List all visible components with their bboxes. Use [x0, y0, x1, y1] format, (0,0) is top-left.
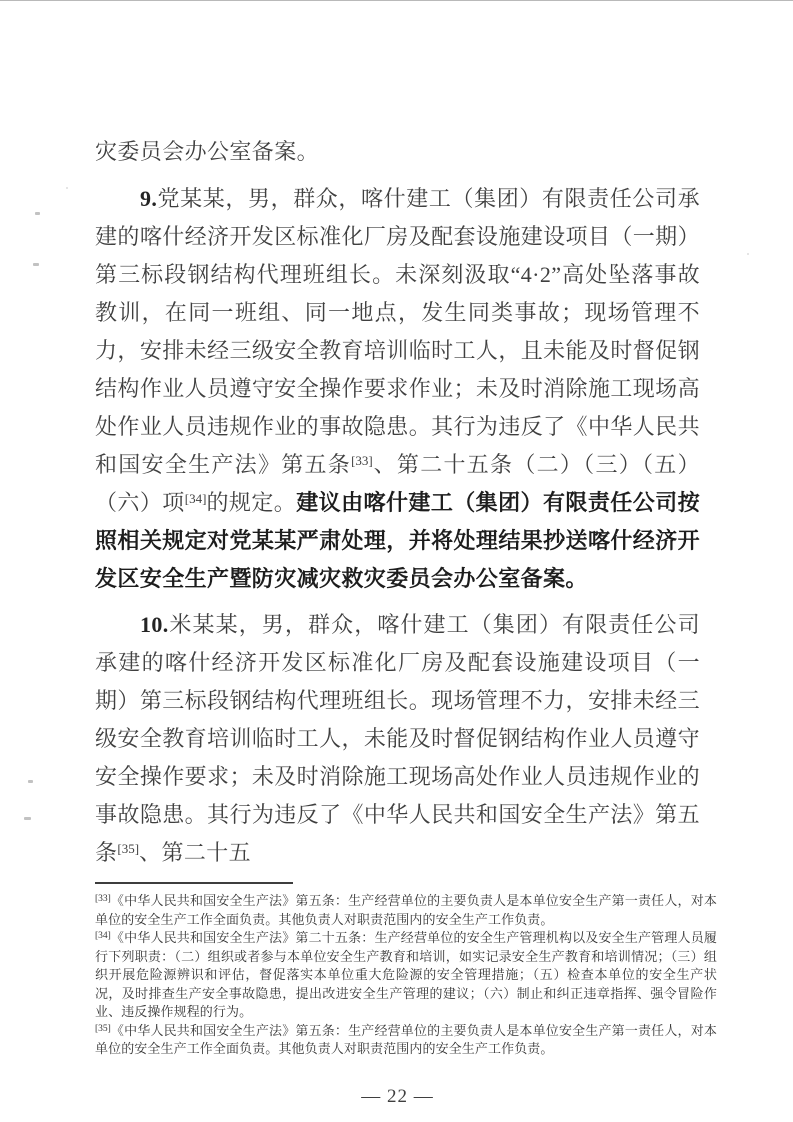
- scan-speck: [35, 212, 40, 215]
- paragraph-9: 9.党某某，男，群众，喀什建工（集团）有限责任公司承建的喀什经济开发区标准化厂房…: [95, 180, 700, 598]
- footnote-ref-33: [33]: [351, 453, 373, 468]
- page-number: — 22 —: [95, 1086, 700, 1108]
- footnotes-section: [33]《中华人民共和国安全生产法》第五条：生产经营单位的主要负责人是本单位安全…: [95, 892, 717, 1059]
- item-number-9: 9.: [140, 186, 157, 211]
- footnote-35-marker: [35]: [95, 1024, 111, 1034]
- continuation-text: 灾委员会办公室备案。: [95, 139, 319, 164]
- document-page: 灾委员会办公室备案。 9.党某某，男，群众，喀什建工（集团）有限责任公司承建的喀…: [0, 0, 793, 1122]
- paragraph-10-text-1: 米某某，男，群众，喀什建工（集团）有限责任公司承建的喀什经济开发区标准化厂房及配…: [95, 612, 700, 865]
- footnote-33-text: 《中华人民共和国安全生产法》第五条：生产经营单位的主要负责人是本单位安全生产第一…: [95, 893, 717, 927]
- footnote-separator: [95, 882, 293, 884]
- footnote-35: [35]《中华人民共和国安全生产法》第五条：生产经营单位的主要负责人是本单位安全…: [95, 1022, 717, 1059]
- scan-speck: [24, 817, 31, 820]
- footnote-34-marker: [34]: [95, 931, 111, 941]
- document-body: 灾委员会办公室备案。 9.党某某，男，群众，喀什建工（集团）有限责任公司承建的喀…: [95, 133, 700, 872]
- paragraph-9-text-1: 党某某，男，群众，喀什建工（集团）有限责任公司承建的喀什经济开发区标准化厂房及配…: [95, 186, 700, 477]
- footnote-ref-35: [35]: [117, 841, 139, 856]
- scan-speck: [33, 263, 39, 266]
- item-number-10: 10.: [140, 612, 169, 637]
- scan-speck: [66, 187, 68, 189]
- footnote-34-text: 《中华人民共和国安全生产法》第二十五条：生产经营单位的安全生产管理机构以及安全生…: [95, 930, 717, 1019]
- footnote-35-text: 《中华人民共和国安全生产法》第五条：生产经营单位的主要负责人是本单位安全生产第一…: [95, 1023, 717, 1057]
- footnote-34: [34]《中华人民共和国安全生产法》第二十五条：生产经营单位的安全生产管理机构以…: [95, 929, 717, 1022]
- footnote-ref-34: [34]: [185, 491, 207, 506]
- paragraph-9-text-3: 的规定。: [206, 490, 296, 515]
- scan-speck: [28, 780, 33, 783]
- paragraph-10: 10.米某某，男，群众，喀什建工（集团）有限责任公司承建的喀什经济开发区标准化厂…: [95, 606, 700, 872]
- paragraph-continuation: 灾委员会办公室备案。: [95, 133, 700, 171]
- footnote-33-marker: [33]: [95, 894, 111, 904]
- paragraph-10-text-2: 、第二十五: [139, 840, 251, 865]
- footnote-33: [33]《中华人民共和国安全生产法》第五条：生产经营单位的主要负责人是本单位安全…: [95, 892, 717, 929]
- scan-speck: [747, 253, 749, 255]
